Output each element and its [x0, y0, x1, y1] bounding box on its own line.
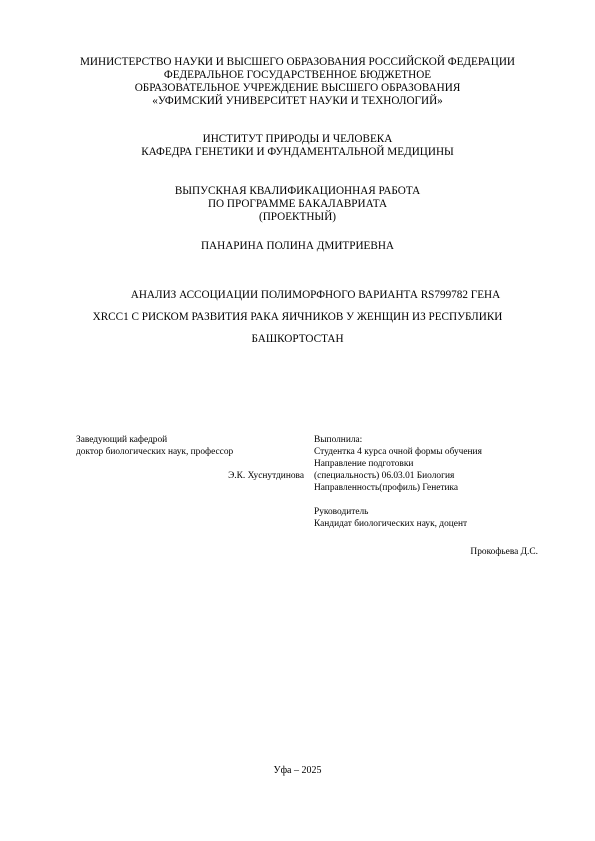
university-name: «УФИМСКИЙ УНИВЕРСИТЕТ НАУКИ И ТЕХНОЛОГИЙ…	[0, 95, 595, 109]
student-label: Выполнила:	[314, 435, 362, 446]
ministry-line-3: ОБРАЗОВАТЕЛЬНОЕ УЧРЕЖДЕНИЕ ВЫСШЕГО ОБРАЗ…	[0, 82, 595, 96]
author-name: ПАНАРИНА ПОЛИНА ДМИТРИЕВНА	[0, 240, 595, 254]
thesis-title-line-3: БАШКОРТОСТАН	[0, 328, 595, 350]
department-name: КАФЕДРА ГЕНЕТИКИ И ФУНДАМЕНТАЛЬНОЙ МЕДИЦ…	[0, 146, 595, 160]
ministry-line-1: МИНИСТЕРСТВО НАУКИ И ВЫСШЕГО ОБРАЗОВАНИЯ…	[0, 56, 595, 70]
thesis-title-line-1: АНАЛИЗ АССОЦИАЦИИ ПОЛИМОРФНОГО ВАРИАНТА …	[18, 284, 595, 306]
supervisor-degree: Кандидат биологических наук, доцент	[314, 519, 467, 530]
thesis-title-line-2: XRCC1 С РИСКОМ РАЗВИТИЯ РАКА ЯИЧНИКОВ У …	[0, 306, 595, 328]
head-degree: доктор биологических наук, профессор	[76, 447, 233, 458]
supervisor-label: Руководитель	[314, 507, 368, 518]
student-direction-label: Направление подготовки	[314, 459, 413, 470]
institute-name: ИНСТИТУТ ПРИРОДЫ И ЧЕЛОВЕКА	[0, 133, 595, 147]
work-type-line-3: (ПРОЕКТНЫЙ)	[0, 211, 595, 225]
city-year: Уфа – 2025	[0, 764, 595, 778]
student-profile: Направленность(профиль) Генетика	[314, 483, 458, 494]
work-type-line-1: ВЫПУСКНАЯ КВАЛИФИКАЦИОННАЯ РАБОТА	[0, 185, 595, 199]
supervisor-name: Прокофьева Д.С.	[300, 547, 538, 558]
work-type-line-2: ПО ПРОГРАММЕ БАКАЛАВРИАТА	[0, 198, 595, 212]
ministry-line-2: ФЕДЕРАЛЬНОЕ ГОСУДАРСТВЕННОЕ БЮДЖЕТНОЕ	[0, 69, 595, 83]
head-role: Заведующий кафедрой	[76, 435, 167, 446]
student-specialty: (специальность) 06.03.01 Биология	[314, 471, 454, 482]
head-name: Э.К. Хуснутдинова	[76, 471, 304, 482]
student-course: Студентка 4 курса очной формы обучения	[314, 447, 482, 458]
